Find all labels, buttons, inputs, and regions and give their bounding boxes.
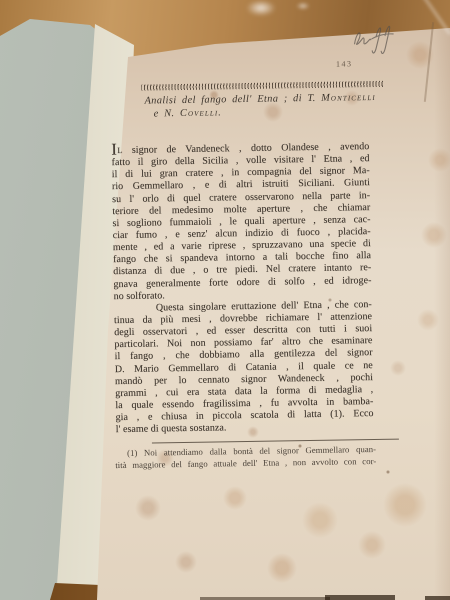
page-number: 143 <box>336 59 353 68</box>
page-content: 143 Analisi del fango dell' Etna ; di T.… <box>0 0 450 600</box>
bottom-shadow <box>425 596 450 600</box>
article-title-line2: e N. Covelli. <box>154 104 401 121</box>
paragraph-1-lines: fatto il giro della Sicilia , volle visi… <box>111 153 371 303</box>
paragraph-1: IL signor de Vandeneck , dotto Olandese … <box>111 141 371 303</box>
handwriting-mark <box>351 22 399 63</box>
bottom-shadow <box>325 595 395 600</box>
author-monticelli: Monticelli <box>321 92 376 104</box>
article-title: Analisi del fango dell' Etna ; di T. Mon… <box>144 91 400 122</box>
footnote: (1) Noi attendiamo dalla bontà del signo… <box>115 443 376 471</box>
body-text: IL signor de Vandeneck , dotto Olandese … <box>111 141 374 436</box>
ornament-rule <box>141 81 383 92</box>
paragraph-2: Questa singolare eruttazione dell' Etna … <box>114 299 374 437</box>
photo-of-book-page: { "page": { "number": "143" }, "title": … <box>0 0 450 600</box>
author-covelli: Covelli. <box>180 108 222 120</box>
